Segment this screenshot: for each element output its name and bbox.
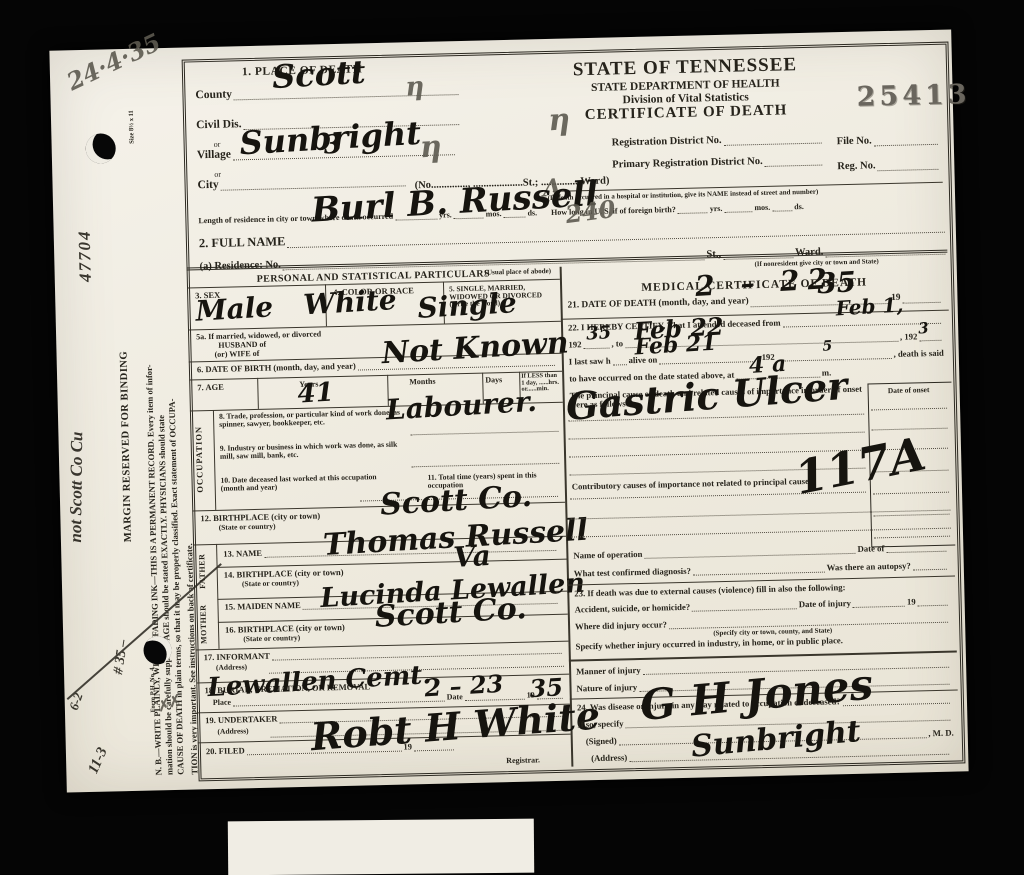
rule bbox=[613, 361, 627, 365]
next-page-edge bbox=[228, 819, 534, 874]
injury-year-printed: 19 bbox=[907, 597, 916, 606]
color-race-value: White bbox=[303, 287, 398, 318]
margin-binding-text: MARGIN RESERVED FOR BINDING bbox=[118, 299, 135, 594]
death-certificate-page: MARGIN RESERVED FOR BINDING N. B.—WRITE … bbox=[49, 29, 968, 792]
informant-label: 17. INFORMANT bbox=[204, 652, 270, 662]
pencil-margin-note: not Scott Co Cu bbox=[67, 324, 86, 542]
undertaker-address-note: (Address) bbox=[217, 727, 248, 736]
if-so-label: If so, specify bbox=[577, 719, 623, 729]
village-value: Sunbright bbox=[239, 119, 422, 158]
item14-subnote: (State or country) bbox=[242, 579, 299, 588]
pencil-mark-2: 6-2 bbox=[67, 670, 92, 712]
attended-to-year: 3 bbox=[918, 322, 929, 336]
full-name-pencil-number: 240 bbox=[564, 198, 616, 226]
certificate-number-stamp: 25413 bbox=[856, 79, 971, 113]
residence-label: (a) Residence: No. bbox=[199, 259, 281, 272]
last-saw-date-value: Feb 21 bbox=[634, 334, 717, 359]
age-value: 41 bbox=[297, 382, 334, 407]
death-date-value: 2 – 22 bbox=[694, 266, 835, 299]
item15-label: 15. MAIDEN NAME bbox=[224, 601, 300, 612]
year192b-printed: , 192 bbox=[900, 332, 918, 342]
rule bbox=[919, 337, 941, 342]
burial-date-value: 2 – 23 bbox=[424, 673, 504, 699]
attended-from-value: Feb 1, bbox=[835, 296, 904, 318]
attended-from-year: 35 bbox=[586, 325, 612, 343]
father-birthplace-value: Va bbox=[453, 543, 492, 570]
birthplace-value: Scott Co. bbox=[379, 483, 532, 519]
signed-label: (Signed) bbox=[586, 737, 617, 747]
dob-value: Not Known bbox=[381, 329, 570, 367]
village-label: Village bbox=[197, 148, 231, 161]
rule bbox=[584, 345, 610, 350]
marital-value: Single bbox=[417, 290, 518, 321]
mother-side-label: MOTHER bbox=[199, 600, 208, 648]
physician-address-label: (Address) bbox=[591, 753, 627, 763]
filed-label: 20. FILED bbox=[206, 746, 245, 756]
item16-subnote: (State or country) bbox=[243, 634, 300, 643]
occupation-side-label: OCCUPATION bbox=[194, 413, 205, 505]
death-said-label: , death is said bbox=[893, 349, 943, 359]
foreign-ds-line bbox=[772, 208, 792, 212]
st-label: St., bbox=[706, 249, 721, 260]
operation-date-label: Date of bbox=[857, 544, 884, 554]
item12-subnote: (State or country) bbox=[219, 523, 276, 532]
reg-no-label: Reg. No. bbox=[837, 160, 875, 172]
year192a-printed: 192 bbox=[568, 340, 581, 349]
age-label: 7. AGE bbox=[197, 383, 224, 393]
ward-label: Ward. bbox=[795, 247, 824, 259]
foreign-mos-line bbox=[724, 209, 752, 214]
file-no-label: File No. bbox=[837, 135, 872, 147]
margin-size-note: Size 8½ x 11 bbox=[128, 84, 136, 144]
death-year-value: 35 bbox=[816, 269, 856, 296]
pencil-squiggle-2: η bbox=[419, 133, 442, 161]
sex-value: Male bbox=[195, 294, 274, 324]
county-label: County bbox=[195, 88, 232, 101]
to-label: , to bbox=[611, 339, 623, 348]
pencil-squiggle-1: η bbox=[405, 76, 425, 100]
father-side-label: FATHER bbox=[198, 545, 207, 597]
last-saw-year: 5 bbox=[822, 340, 832, 353]
last-saw-label: I last saw h bbox=[569, 357, 611, 367]
wife-label: (or) WIFE of bbox=[215, 350, 260, 359]
operation-label: Name of operation bbox=[573, 550, 642, 561]
nature-of-injury-label: Nature of injury bbox=[576, 683, 637, 694]
md-label: , M. D. bbox=[928, 729, 954, 739]
occupation-value: Labourer. bbox=[385, 389, 537, 423]
city-label: City bbox=[197, 179, 218, 192]
civil-district-label: Civil Dis. bbox=[196, 118, 242, 131]
foreign-yrs-label: yrs. bbox=[710, 205, 723, 214]
injury-date-label: Date of injury bbox=[799, 599, 851, 609]
undertaker-label: 19. UNDERTAKER bbox=[205, 715, 277, 726]
mother-birthplace-value: Scott Co. bbox=[374, 595, 527, 631]
county-value: Scott bbox=[271, 58, 366, 92]
pencil-mark-3: 11-3 bbox=[86, 722, 121, 776]
foreign-ds-label: ds. bbox=[794, 203, 804, 212]
age-months-label: Months bbox=[409, 378, 435, 387]
registrar-label: Registrar. bbox=[506, 756, 540, 765]
manner-of-injury-label: Manner of injury bbox=[576, 666, 641, 677]
item13-label: 13. NAME bbox=[223, 549, 262, 559]
age-days-label: Days bbox=[485, 376, 502, 385]
foreign-mos-label: mos. bbox=[754, 204, 770, 213]
autopsy-line bbox=[913, 566, 947, 571]
scan-background: MARGIN RESERVED FOR BINDING N. B.—WRITE … bbox=[0, 0, 1024, 874]
injury-year-line bbox=[918, 602, 948, 607]
pencil-file-number: 47704 bbox=[74, 182, 93, 282]
full-name-label: 2. FULL NAME bbox=[199, 235, 286, 250]
foreign-yrs-line bbox=[678, 210, 708, 215]
punch-hole-top bbox=[85, 133, 116, 164]
